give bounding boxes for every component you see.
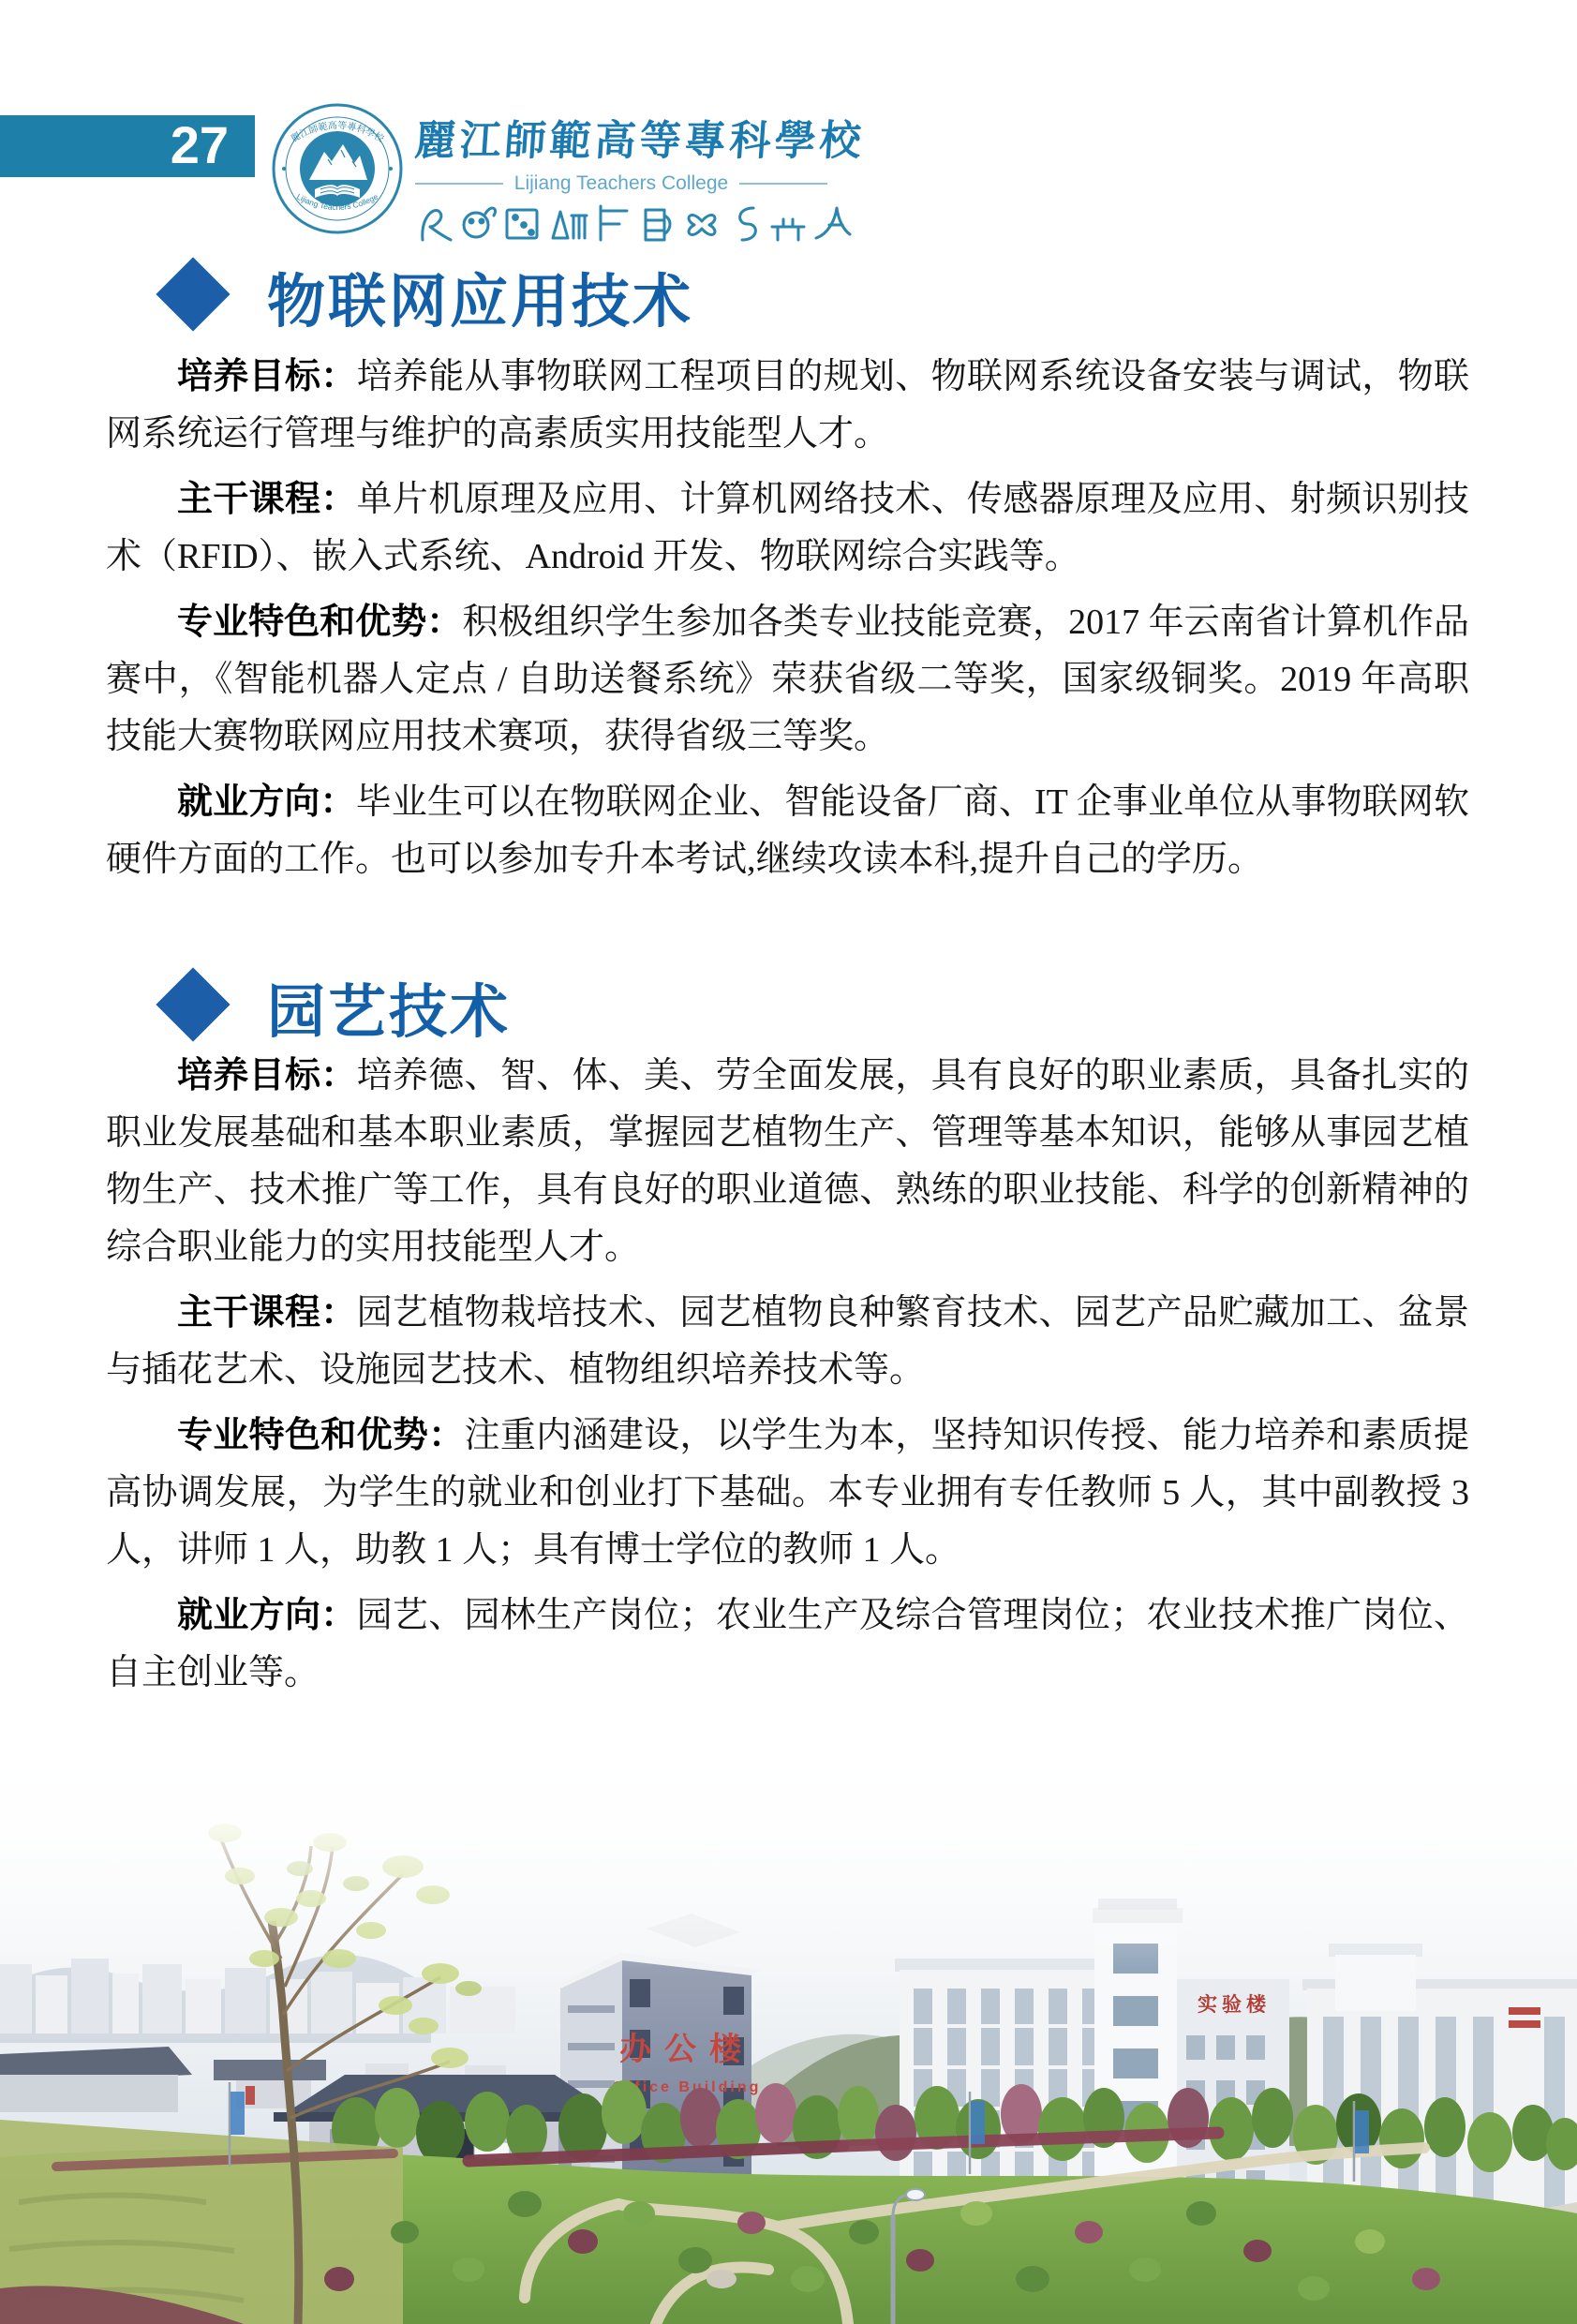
section-horticulture-header: 园艺技术: [0, 971, 1577, 1046]
page-number-badge: 27: [0, 115, 255, 177]
page-number: 27: [0, 115, 255, 177]
section-iot-header: 物联网应用技术: [0, 261, 1577, 335]
paragraph: 主干课程：园艺植物栽培技术、园艺植物良种繁育技术、园艺产品贮藏加工、盆景与插花艺…: [106, 1285, 1469, 1399]
paragraph: 培养目标：培养能从事物联网工程项目的规划、物联网系统设备安装与调试，物联网系统运…: [106, 349, 1469, 463]
section-iot-body: 培养目标：培养能从事物联网工程项目的规划、物联网系统设备安装与调试，物联网系统运…: [106, 349, 1469, 897]
brochure-page: 27 麗江師範高等專科學校 Lijiang Teachers College: [0, 0, 1577, 2324]
dongba-glyph: [423, 210, 451, 240]
divider-line: [739, 183, 827, 185]
paragraph-label: 主干课程：: [177, 480, 357, 519]
dongba-glyph: [464, 208, 496, 237]
paragraph-label: 就业方向：: [177, 782, 356, 822]
paragraph-label: 就业方向：: [177, 1596, 357, 1635]
lab-building-sign: 实验楼: [1198, 1993, 1271, 2016]
paragraph-label: 培养目标：: [177, 1056, 357, 1095]
dongba-glyph: [816, 208, 850, 238]
paragraph-label: 专业特色和优势：: [177, 603, 462, 642]
college-name-calligraphy: 麗江師範高等專科學校: [413, 107, 857, 167]
paragraph: 就业方向：园艺、园林生产岗位；农业生产及综合管理岗位；农业技术推广岗位、自主创业…: [106, 1587, 1469, 1702]
paragraph-label: 主干课程：: [177, 1293, 357, 1333]
paragraph: 就业方向：毕业生可以在物联网企业、智能设备厂商、IT 企事业单位从事物联网软硬件…: [106, 774, 1469, 888]
section-title-iot: 物联网应用技术: [267, 255, 693, 338]
diamond-bullet-icon: [156, 967, 230, 1041]
dongba-glyph: [553, 212, 587, 238]
dongba-glyph: [601, 206, 627, 240]
section-title-horticulture: 园艺技术: [267, 965, 511, 1049]
dongba-glyph: [646, 210, 670, 240]
paragraph: 专业特色和优势：注重内涵建设，以学生为本，坚持知识传授、能力培养和素质提高协调发…: [106, 1408, 1469, 1579]
diamond-bullet-icon: [156, 257, 230, 331]
paragraph: 培养目标：培养德、智、体、美、劳全面发展，具有良好的职业素质，具备扎实的职业发展…: [106, 1048, 1469, 1276]
college-name-english: Lijiang Teachers College: [514, 172, 728, 195]
dongba-glyph: [507, 210, 537, 238]
section-horticulture-body: 培养目标：培养德、智、体、美、劳全面发展，具有良好的职业素质，具备扎实的职业发展…: [106, 1048, 1469, 1710]
dongba-glyph: [772, 219, 804, 240]
college-logo-emblem: 麗江師範高等專科學校 Lijiang Teachers College: [272, 103, 403, 234]
paragraph-label: 专业特色和优势：: [177, 1416, 465, 1455]
college-name-english-row: Lijiang Teachers College: [415, 172, 827, 195]
dongba-pictograph-script: [415, 199, 855, 247]
dongba-glyph: [740, 208, 756, 240]
paragraph: 主干课程：单片机原理及应用、计算机网络技术、传感器原理及应用、射频识别技术（RF…: [106, 471, 1469, 586]
divider-line: [415, 183, 503, 185]
paragraph-label: 培养目标：: [177, 357, 357, 396]
photo-top-fade: [0, 1677, 1577, 1968]
college-logo: 麗江師範高等專科學校 Lijiang Teachers College: [272, 103, 403, 234]
paragraph: 专业特色和优势：积极组织学生参加各类专业技能竞赛，2017 年云南省计算机作品赛…: [106, 594, 1469, 766]
office-building-sign-zh: 办公楼: [619, 2032, 754, 2067]
dongba-glyph: [689, 215, 715, 234]
garden-rock: [707, 2270, 736, 2288]
college-name-block: 麗江師範高等專科學校 Lijiang Teachers College: [415, 107, 855, 252]
campus-photo: 实验楼: [0, 1677, 1577, 2324]
